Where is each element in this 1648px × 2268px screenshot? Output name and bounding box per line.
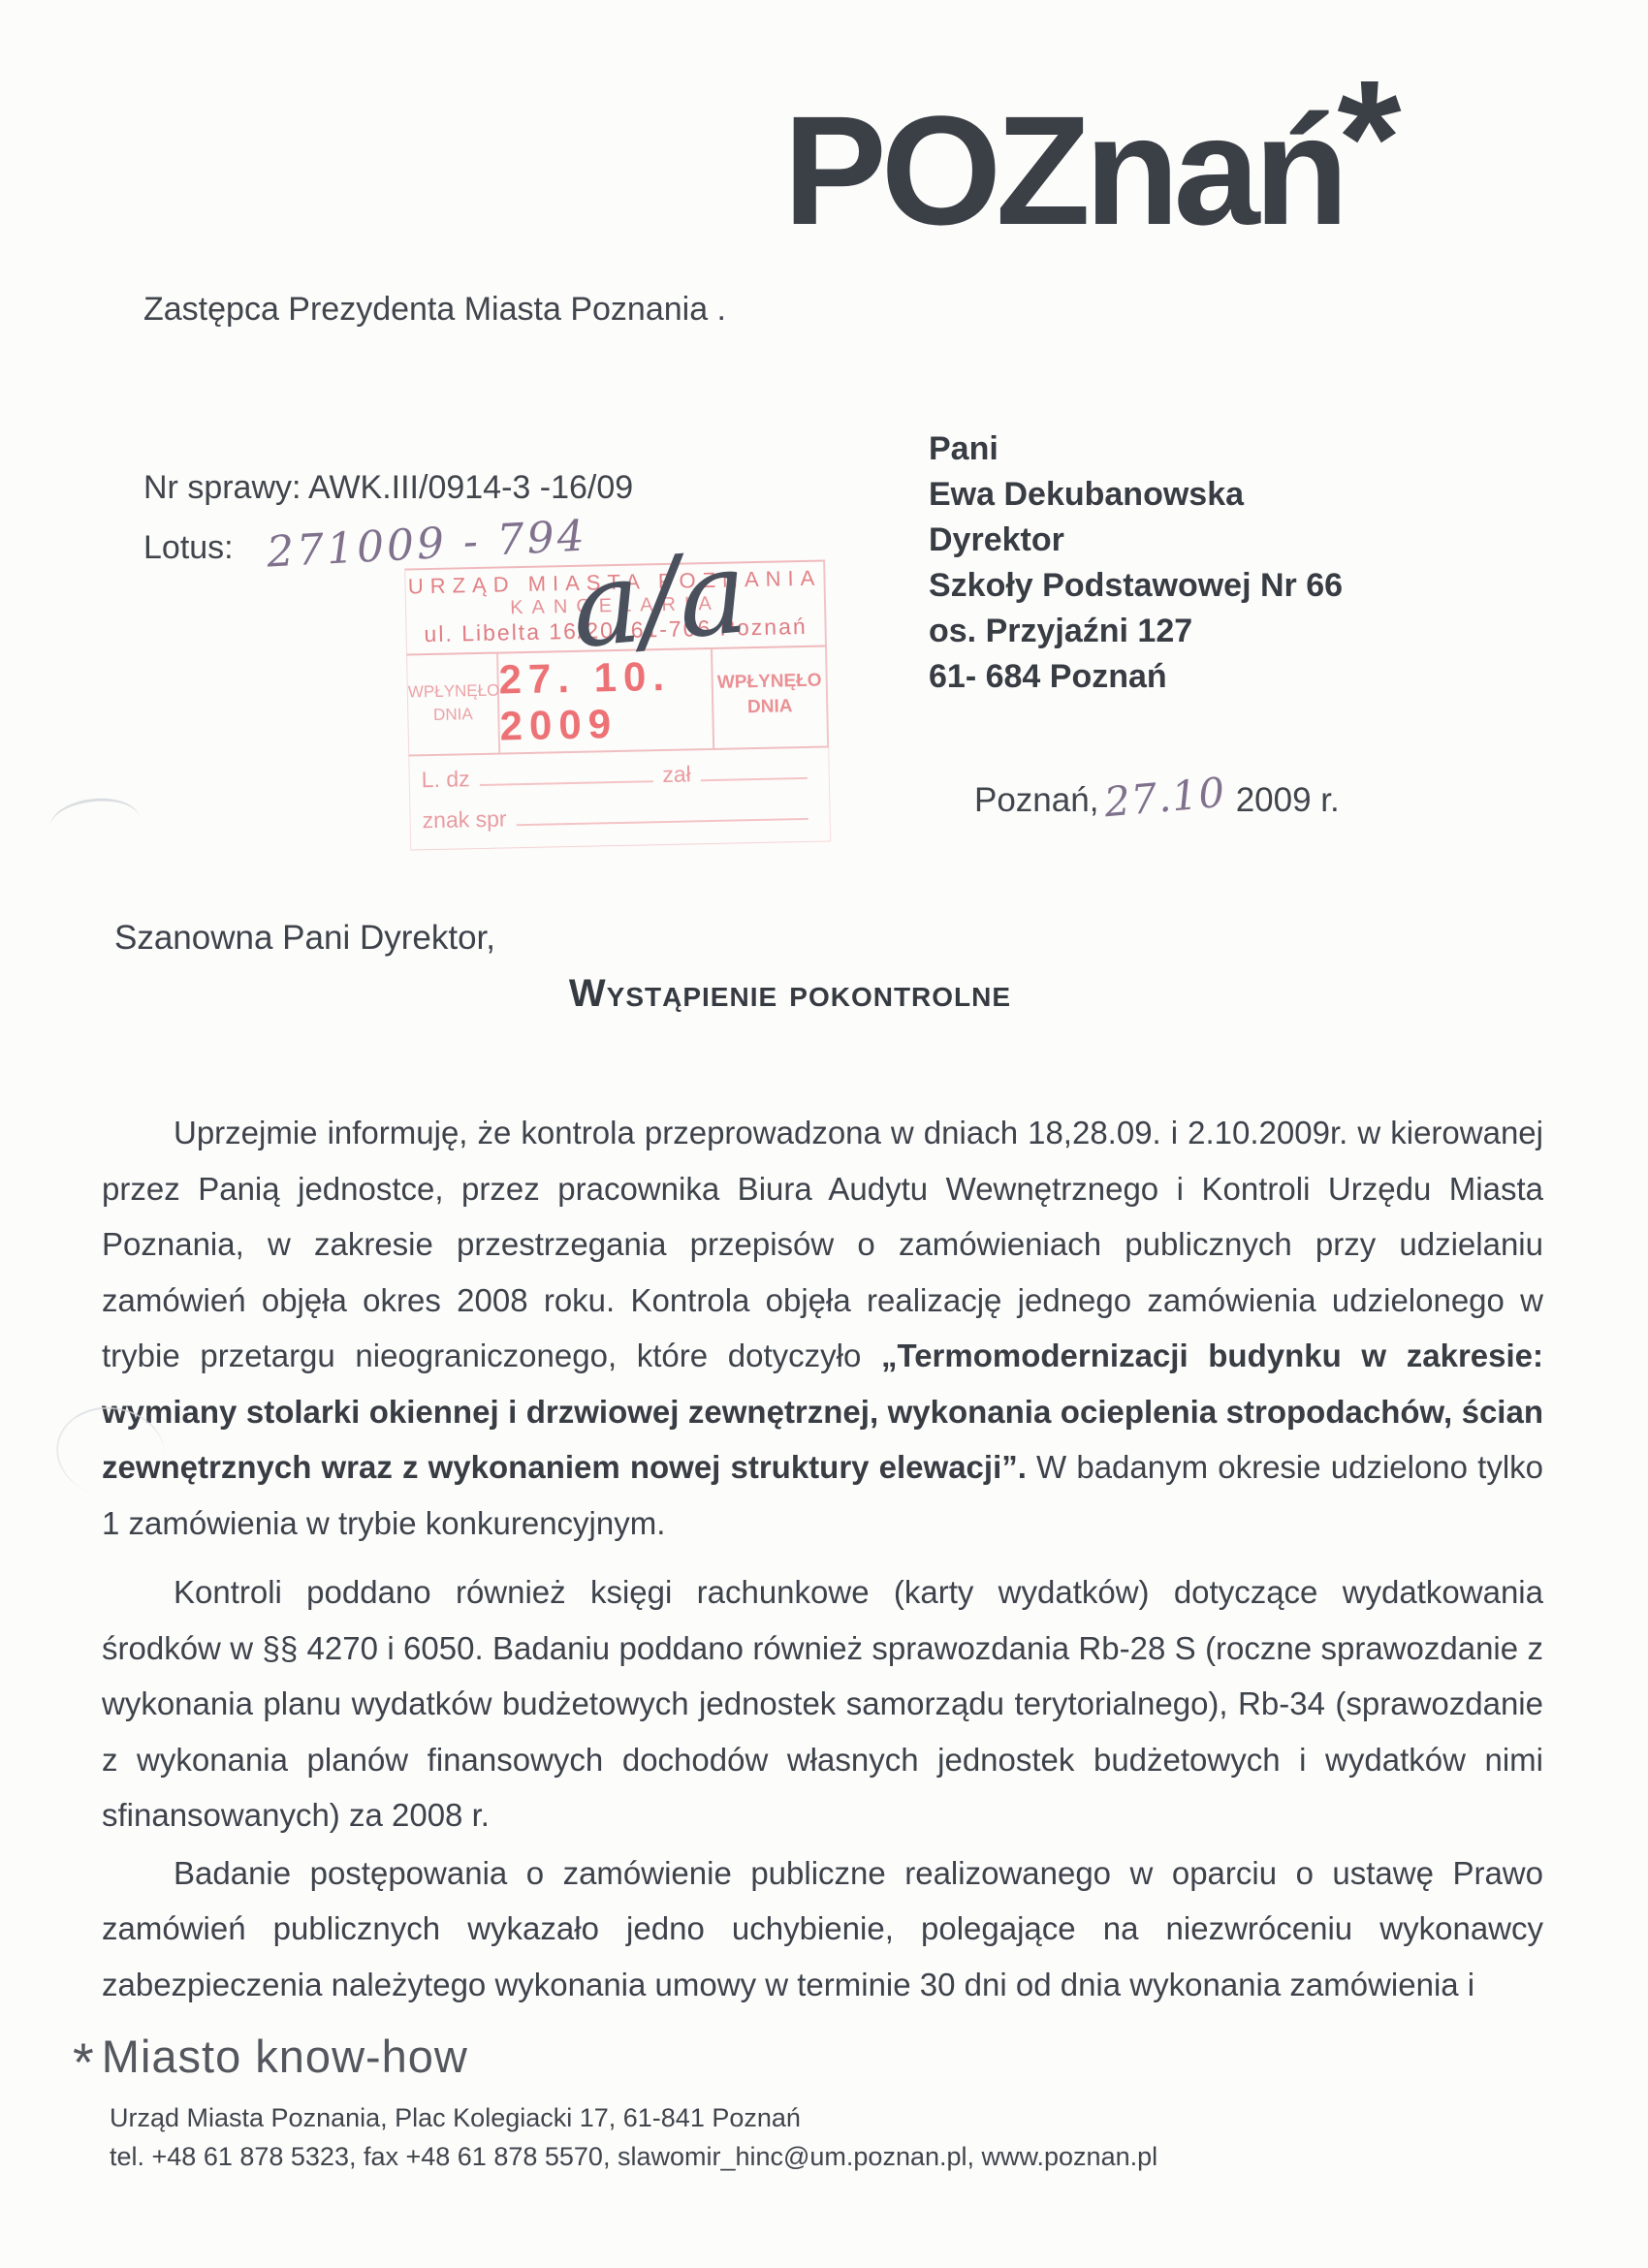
sender-title: Zastępca Prezydenta Miasta Poznania . (143, 291, 726, 329)
paragraph-segment: Uprzejmie informuję, że kontrola przepro… (102, 1115, 1543, 1373)
letter-footer: * Miasto know-how Urząd Miasta Poznania,… (73, 2030, 1157, 2172)
paragraph-segment: Kontroli poddano również księgi rachunko… (102, 1574, 1543, 1833)
lotus-line: Lotus: 271009 - 794 (143, 520, 633, 570)
footer-asterisk-icon: * (73, 2035, 94, 2090)
lotus-label: Lotus: (143, 529, 234, 567)
document-title: Wystąpienie pokontrolne (102, 972, 1478, 1016)
stamp-received-label-right: WPŁYNĘŁO DNIA (711, 647, 827, 748)
poznan-logo-text: POZnań (783, 93, 1343, 248)
stamp-received-label-left: WPŁYNĘŁO DNIA (407, 654, 500, 755)
recipient-city: 61- 684 Poznań (929, 654, 1343, 700)
recipient-institution: Szkoły Podstawowej Nr 66 (929, 563, 1343, 609)
paragraph-3: Badanie postępowania o zamówienie public… (102, 1845, 1543, 2013)
stamp-bottom-rows: L. dz zał znak spr (408, 747, 831, 850)
reference-block: Nr sprawy: AWK.III/0914-3 -16/09 Lotus: … (143, 469, 633, 570)
paragraph-2: Kontroli poddano również księgi rachunko… (102, 1564, 1543, 1843)
scan-artifact-arc (48, 794, 143, 850)
salutation: Szanowna Pani Dyrektor, (114, 919, 495, 958)
recipient-position: Dyrektor (929, 518, 1343, 563)
paragraph-segment: Badanie postępowania o zamówienie public… (102, 1855, 1543, 2002)
stamp-ldz-row: L. dz zał (421, 758, 816, 794)
scanned-letter-page: POZnań * Zastępca Prezydenta Miasta Pozn… (0, 0, 1648, 2268)
footer-brand-slogan: Miasto know-how (102, 2030, 468, 2083)
poznan-logo-asterisk-icon: * (1337, 56, 1401, 221)
recipient-name: Ewa Dekubanowska (929, 472, 1343, 518)
stamp-ldz-blank (479, 761, 652, 786)
footer-address: Urząd Miasta Poznania, Plac Kolegiacki 1… (110, 2103, 1157, 2133)
poznan-logo: POZnań * (783, 93, 1408, 258)
stamp-ldz-label: L. dz (421, 766, 469, 793)
stamp-znak-label: znak spr (422, 805, 506, 834)
paragraph-1: Uprzejmie informuję, że kontrola przepro… (102, 1105, 1543, 1551)
case-number: Nr sprawy: AWK.III/0914-3 -16/09 (143, 469, 633, 507)
footer-contact: tel. +48 61 878 5323, fax +48 61 878 557… (110, 2142, 1157, 2172)
footer-brand-row: * Miasto know-how (73, 2030, 1157, 2090)
stamp-znak-blank (516, 799, 808, 826)
registry-stamp: URZĄD MIASTA POZNANIA KANCELARIA ul. Lib… (404, 559, 831, 832)
recipient-block: Pani Ewa Dekubanowska Dyrektor Szkoły Po… (929, 426, 1343, 700)
stamp-znak-row: znak spr (422, 799, 817, 835)
dateline: Poznań, 27.10 2009 r. (974, 773, 1340, 821)
stamp-zal-blank (700, 758, 807, 781)
dateline-handwritten-date: 27.10 (1103, 769, 1228, 827)
dateline-city: Poznań, (974, 781, 1098, 820)
stamp-zal-label: zał (662, 761, 691, 788)
letter-body: Uprzejmie informuję, że kontrola przepro… (102, 1105, 1543, 2012)
handwritten-aa-annotation: a/a (567, 534, 751, 664)
recipient-salutation: Pani (929, 426, 1343, 472)
recipient-street: os. Przyjaźni 127 (929, 609, 1343, 654)
dateline-year: 2009 r. (1236, 781, 1340, 820)
